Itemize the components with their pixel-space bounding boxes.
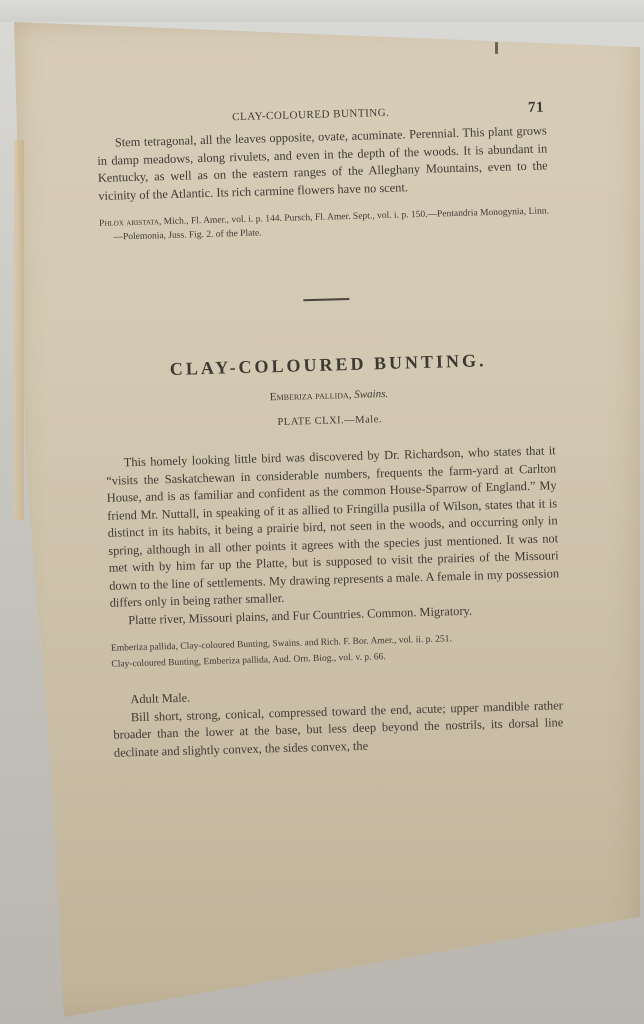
prior-entry-paragraph: Stem tetragonal, all the leaves opposite…	[97, 122, 549, 205]
reference-text: , Mich., Fl. Amer., vol. i. p. 144. Purs…	[113, 206, 549, 242]
page-content: CLAY-COLOURED BUNTING. 71 Stem tetragona…	[96, 99, 564, 761]
running-head-title: CLAY-COLOURED BUNTING.	[232, 107, 390, 123]
plate-label: PLATE CLXI.—Male.	[105, 409, 555, 433]
scientific-name: Emberiza pallida	[270, 389, 349, 403]
frame-background	[0, 0, 644, 22]
article-paragraph: This homely looking little bird was disc…	[106, 442, 560, 612]
prior-entry-reference: Phlox aristata, Mich., Fl. Amer., vol. i…	[99, 204, 550, 245]
scientific-name-line: Emberiza pallida, Swains.	[104, 383, 554, 408]
reference-name: Phlox aristata	[99, 217, 159, 229]
page-number: 71	[528, 99, 544, 116]
authority: Swains.	[354, 388, 388, 401]
article-title: CLAY-COLOURED BUNTING.	[103, 348, 553, 382]
section-divider	[303, 298, 349, 301]
page-edge-stain	[14, 140, 24, 520]
ink-mark	[495, 42, 498, 54]
